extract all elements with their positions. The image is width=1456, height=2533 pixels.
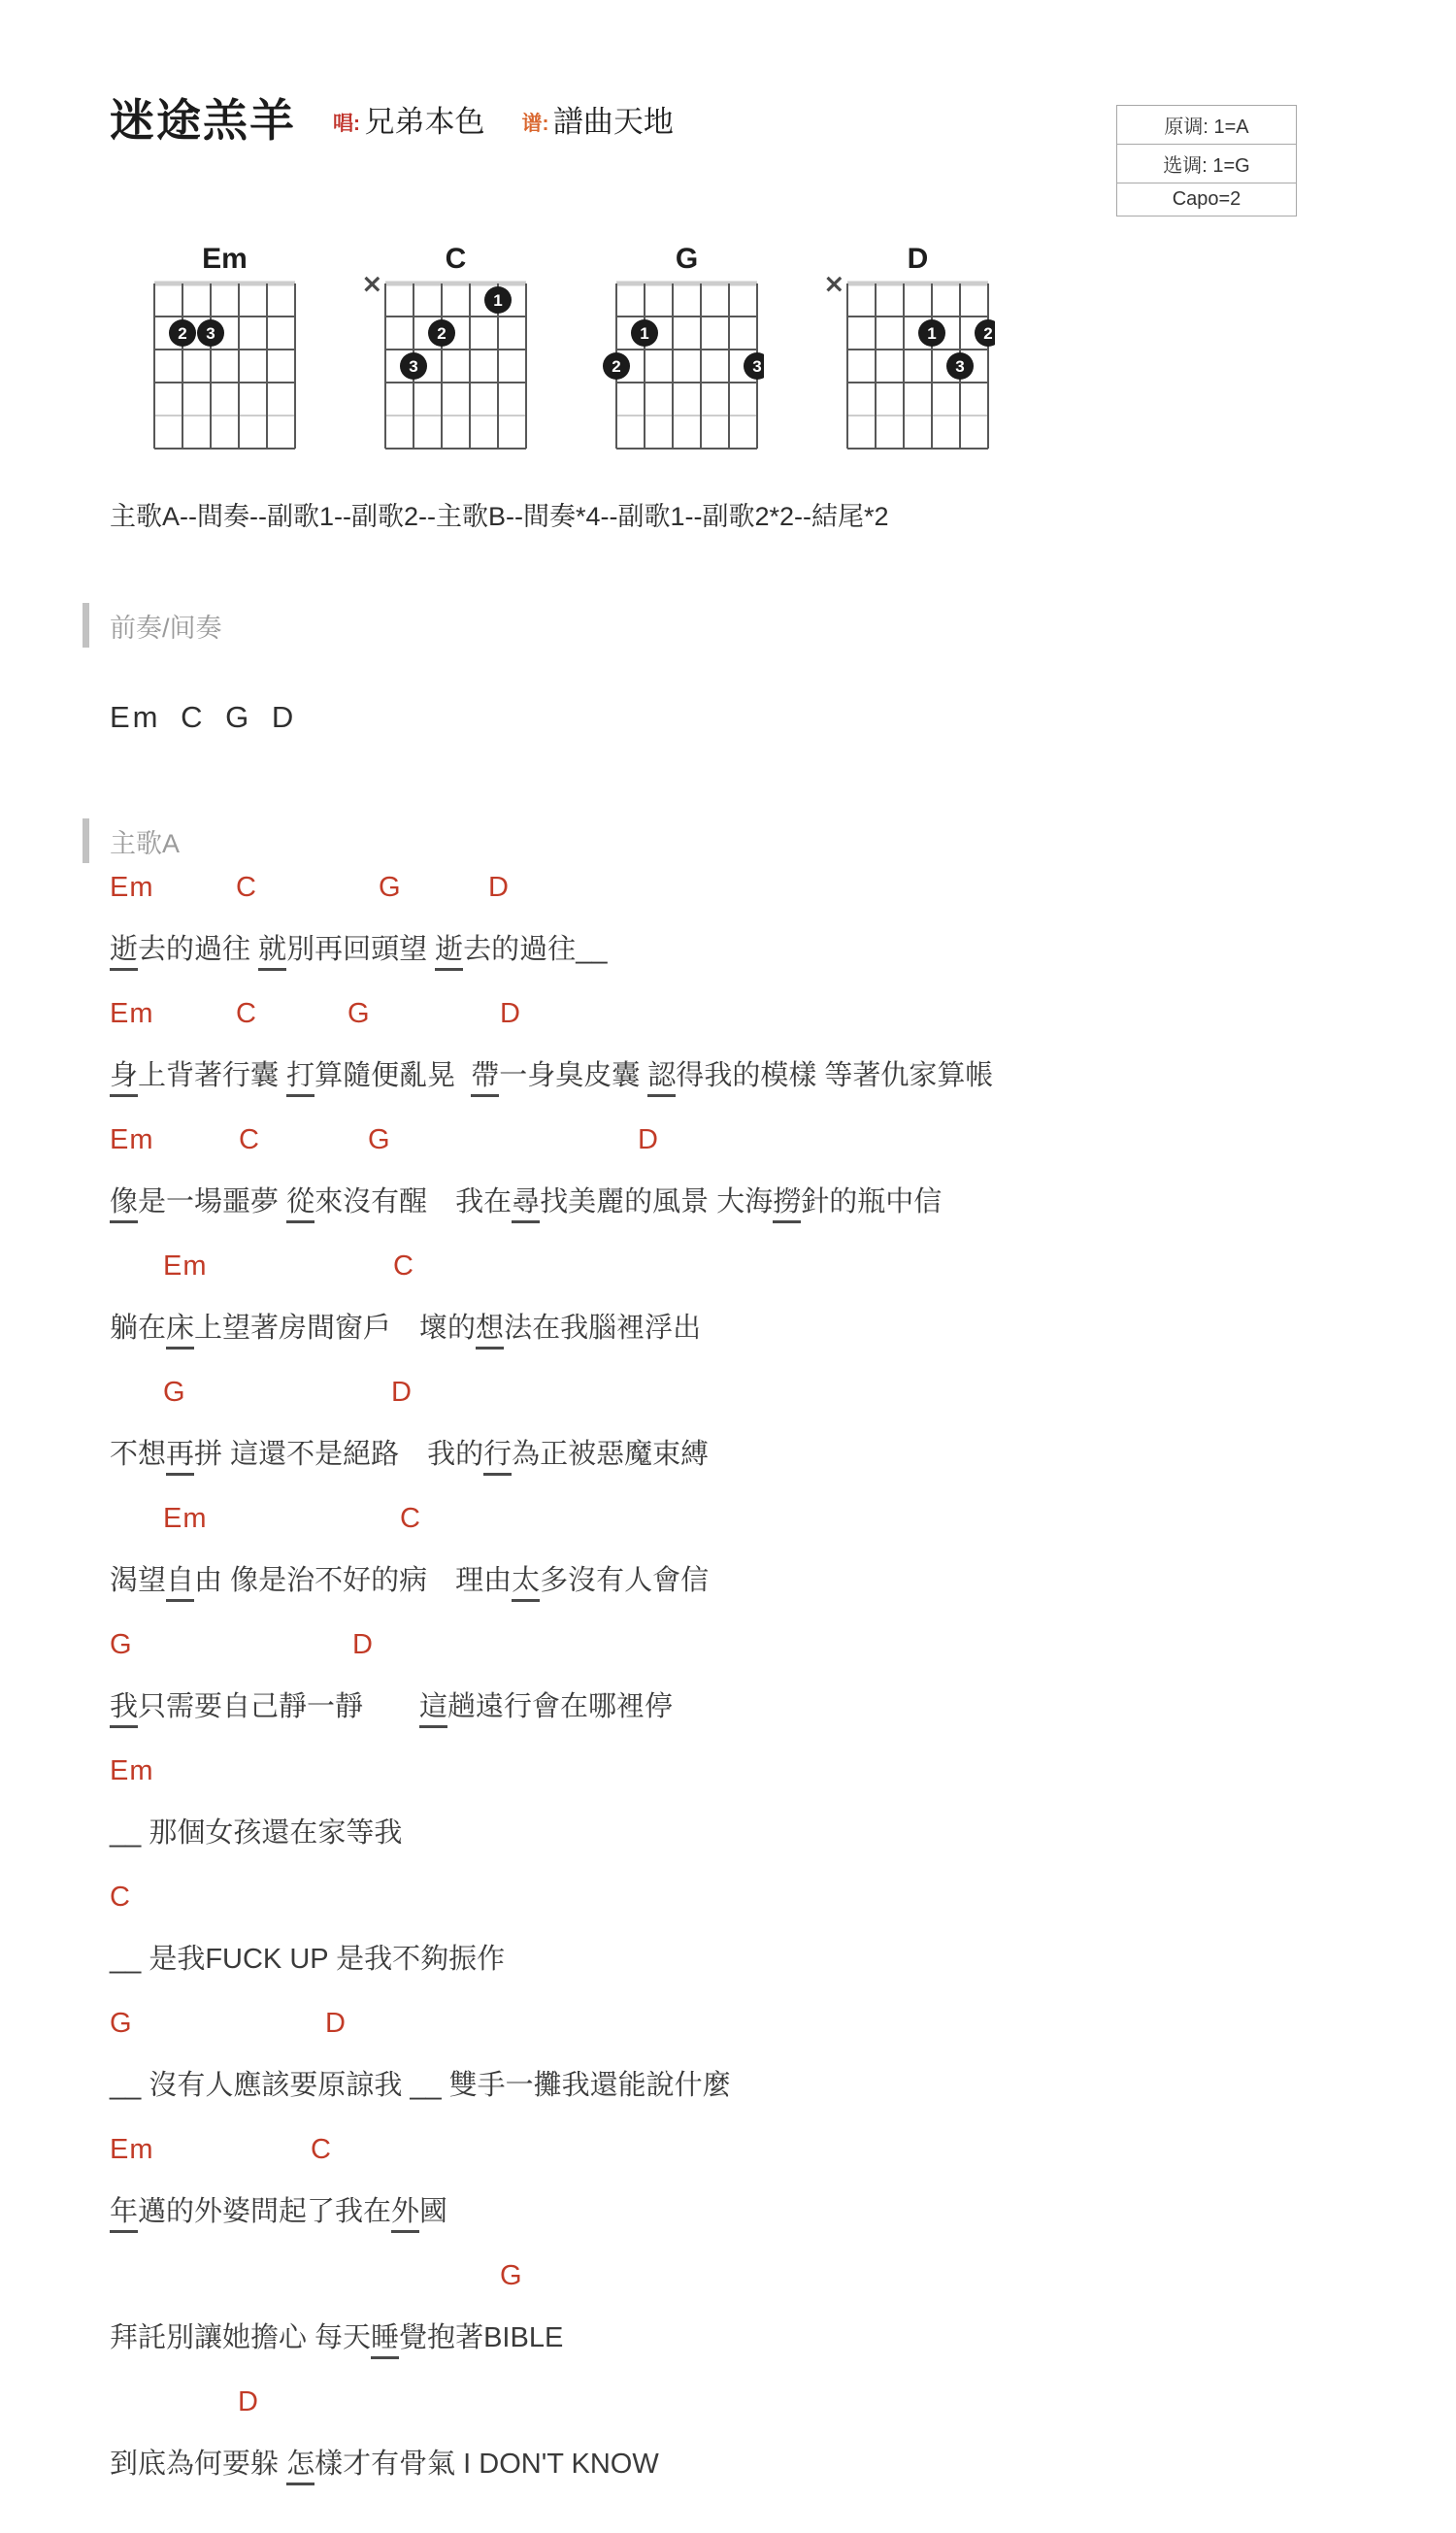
chord-diagram-title: D: [908, 243, 929, 275]
chord-row: G: [110, 2255, 1398, 2292]
chord-row: EmC: [110, 1246, 1398, 1283]
finger-number: 1: [927, 324, 936, 343]
lyric-segment: 針的瓶中信: [801, 1186, 942, 1217]
muted-string-marker: ×: [823, 269, 845, 299]
lyric-segment: 到底為何要躲: [110, 2449, 286, 2480]
lyric-segment: 樣才有骨氣 I DON'T KNOW: [314, 2449, 659, 2480]
finger-number: 2: [437, 324, 446, 343]
lyric-underlined: 怎: [286, 2449, 314, 2485]
lyric-segment: 只需要自己靜一靜: [138, 1691, 419, 1722]
lyric-segment: 邁的外婆問起了我在: [138, 2196, 391, 2227]
lyric-segment: 去的過往: [138, 934, 258, 965]
lyric-underlined: 就: [258, 934, 286, 971]
lyric-segment: __ 沒有人應該要原諒我 __ 雙手一攤我還能說什麼: [110, 2070, 731, 2101]
lyric-row: __ 是我FUCK UP 是我不夠振作: [110, 1937, 1398, 1976]
chord-label: D: [325, 2008, 347, 2040]
chord-label: Em: [110, 1755, 154, 1787]
structure-line: 主歌A--間奏--副歌1--副歌2--主歌B--間奏*4--副歌1--副歌2*2…: [110, 495, 1398, 533]
lyric-underlined: 睡: [371, 2322, 399, 2359]
lyric-underlined: 像: [110, 1186, 138, 1223]
chord-label: Em: [110, 998, 154, 1030]
finger-number: 3: [955, 357, 964, 376]
chord-label: G: [163, 1377, 186, 1409]
singer-name: 兄弟本色: [364, 105, 484, 139]
lyric-segment: 為正被惡魔束縛: [512, 1439, 709, 1470]
lyric-segment: __ 那個女孩還在家等我: [110, 1817, 402, 1849]
chord-label: C: [236, 872, 257, 904]
chord-label: D: [391, 1377, 413, 1409]
chord-row: EmCGD: [110, 1119, 1398, 1156]
section-header-bar: [83, 818, 89, 863]
finger-number: 2: [612, 357, 620, 376]
chord-diagram: D×123: [822, 241, 995, 460]
lyric-segment: 由 像是治不好的病 理由: [194, 1565, 512, 1596]
song-title: 迷途羔羊: [110, 95, 296, 146]
lyric-segment: 覺抱著BIBLE: [399, 2322, 563, 2353]
lyric-row: 逝去的過往 就別再回頭望 逝去的過往__: [110, 927, 1398, 966]
lyric-row: 不想再拼 這還不是絕路 我的行為正被惡魔束縛: [110, 1432, 1398, 1471]
lyric-segment: 躺在: [110, 1313, 166, 1344]
chord-diagram: Em23: [129, 241, 302, 460]
lyric-underlined: 從: [286, 1186, 314, 1223]
lyric-row: 到底為何要躲 怎樣才有骨氣 I DON'T KNOW: [110, 2442, 1398, 2481]
chord-row: D: [110, 2382, 1398, 2418]
line-block: GD我只需要自己靜一靜 這趟遠行會在哪裡停: [110, 1624, 1398, 1723]
finger-number: 1: [493, 291, 502, 310]
section-header-intro: 前奏/间奏: [83, 603, 1398, 648]
finger-number: 3: [206, 324, 215, 343]
lyric-row: __ 沒有人應該要原諒我 __ 雙手一攤我還能說什麼: [110, 2063, 1398, 2102]
lyric-row: 像是一場噩夢 從來沒有醒 我在尋找美麗的風景 大海撈針的瓶中信: [110, 1180, 1398, 1218]
line-block: EmCGD像是一場噩夢 從來沒有醒 我在尋找美麗的風景 大海撈針的瓶中信: [110, 1119, 1398, 1218]
key-info-box: 原调: 1=A 选调: 1=G Capo=2: [1116, 105, 1297, 217]
section-header-verse-a: 主歌A: [83, 818, 1398, 863]
lyric-underlined: 認: [647, 1060, 676, 1097]
line-block: GD不想再拼 這還不是絕路 我的行為正被惡魔束縛: [110, 1372, 1398, 1471]
lyric-underlined: 我: [110, 1691, 138, 1728]
chord-label: G: [368, 1124, 391, 1156]
lyric-row: 渴望自由 像是治不好的病 理由太多沒有人會信: [110, 1558, 1398, 1597]
chord-label: G: [347, 998, 371, 1030]
lyric-segment: 國: [419, 2196, 447, 2227]
chord-label: D: [500, 998, 521, 1030]
chord-label: C: [239, 1124, 260, 1156]
lyric-underlined: 逝: [435, 934, 463, 971]
chord-label: G: [500, 2260, 523, 2292]
key-original: 原调: 1=A: [1117, 106, 1296, 145]
finger-number: 2: [983, 324, 992, 343]
line-block: EmCGD逝去的過往 就別再回頭望 逝去的過往__: [110, 867, 1398, 966]
lyric-segment: 上背著行囊: [138, 1060, 286, 1091]
chord-label: C: [400, 1503, 421, 1535]
line-block: G拜託別讓她擔心 每天睡覺抱著BIBLE: [110, 2255, 1398, 2354]
lyric-row: 拜託別讓她擔心 每天睡覺抱著BIBLE: [110, 2316, 1398, 2354]
chord-label: D: [638, 1124, 659, 1156]
lyric-underlined: 尋: [512, 1186, 540, 1223]
finger-number: 1: [640, 324, 648, 343]
chord-label: Em: [163, 1250, 208, 1283]
chord-label: Em: [110, 1124, 154, 1156]
arranger-name: 譜曲天地: [553, 105, 674, 139]
lyric-segment: 別再回頭望: [286, 934, 435, 965]
chord-row: Em: [110, 1750, 1398, 1787]
finger-number: 3: [409, 357, 417, 376]
lyric-lines: EmCGD逝去的過往 就別再回頭望 逝去的過往__EmCGD身上背著行囊 打算隨…: [110, 867, 1398, 2481]
line-block: GD__ 沒有人應該要原諒我 __ 雙手一攤我還能說什麼: [110, 2003, 1398, 2102]
chord-row: EmC: [110, 2129, 1398, 2166]
chord-label: C: [393, 1250, 414, 1283]
chord-row: GD: [110, 1624, 1398, 1661]
lyric-underlined: 年: [110, 2196, 138, 2233]
chord-label: C: [110, 1882, 131, 1914]
lyric-segment: 不想: [110, 1439, 166, 1470]
lyric-row: 我只需要自己靜一靜 這趟遠行會在哪裡停: [110, 1684, 1398, 1723]
chord-label: D: [238, 2386, 259, 2418]
lyric-segment: 多沒有人會信: [540, 1565, 709, 1596]
lyric-segment: 上望著房間窗戶 壞的: [194, 1313, 476, 1344]
lyric-segment: 拼 這還不是絕路 我的: [194, 1439, 483, 1470]
chord-diagram-title: G: [676, 243, 698, 275]
chord-label: C: [236, 998, 257, 1030]
section-header-label: 前奏/间奏: [110, 607, 222, 645]
lyric-underlined: 床: [166, 1313, 194, 1350]
lyric-underlined: 行: [483, 1439, 512, 1476]
lyric-underlined: 太: [512, 1565, 540, 1602]
chord-diagram: C×123: [360, 241, 533, 460]
line-block: EmC躺在床上望著房間窗戶 壞的想法在我腦裡浮出: [110, 1246, 1398, 1345]
section-header-bar: [83, 603, 89, 648]
lyric-segment: __ 是我FUCK UP 是我不夠振作: [110, 1944, 505, 1975]
lyric-segment: 渴望: [110, 1565, 166, 1596]
chord-diagram: G123: [591, 241, 764, 460]
singer-label: 唱:: [333, 113, 360, 135]
key-capo: Capo=2: [1117, 183, 1296, 216]
lyric-segment: 找美麗的風景 大海: [540, 1186, 773, 1217]
lyric-underlined: 外: [391, 2196, 419, 2233]
lyric-segment: 法在我腦裡浮出: [504, 1313, 701, 1344]
lyric-underlined: 帶: [471, 1060, 499, 1097]
lyric-row: __ 那個女孩還在家等我: [110, 1811, 1398, 1850]
lyric-segment: 一身臭皮囊: [499, 1060, 647, 1091]
chord-label: D: [352, 1629, 374, 1661]
lyric-segment: 來沒有醒 我在: [314, 1186, 512, 1217]
lyric-segment: 算隨便亂晃: [314, 1060, 471, 1091]
lyric-underlined: 撈: [773, 1186, 801, 1223]
line-block: C__ 是我FUCK UP 是我不夠振作: [110, 1877, 1398, 1976]
chord-sheet-page: 迷途羔羊唱: 兄弟本色谱: 譜曲天地 Em23C×123G123D×123 主歌…: [0, 0, 1456, 2533]
arranger-label: 谱:: [521, 113, 548, 135]
chord-row: EmCGD: [110, 993, 1398, 1030]
lyric-segment: 得我的模樣 等著仇家算帳: [676, 1060, 993, 1091]
lyric-row: 年邁的外婆問起了我在外國: [110, 2189, 1398, 2228]
lyric-row: 身上背著行囊 打算隨便亂晃 帶一身臭皮囊 認得我的模樣 等著仇家算帳: [110, 1053, 1398, 1092]
lyric-segment: 是一場噩夢: [138, 1186, 286, 1217]
lyric-underlined: 再: [166, 1439, 194, 1476]
lyric-underlined: 自: [166, 1565, 194, 1602]
chord-row: GD: [110, 2003, 1398, 2040]
lyric-row: 躺在床上望著房間窗戶 壞的想法在我腦裡浮出: [110, 1306, 1398, 1345]
chord-diagrams: Em23C×123G123D×123: [129, 241, 1398, 460]
chord-label: C: [311, 2134, 332, 2166]
chord-label: Em: [110, 872, 154, 904]
lyric-underlined: 身: [110, 1060, 138, 1097]
lyric-underlined: 這: [419, 1691, 447, 1728]
section-header-label: 主歌A: [110, 822, 180, 860]
chord-label: Em: [110, 2134, 154, 2166]
line-block: EmC渴望自由 像是治不好的病 理由太多沒有人會信: [110, 1498, 1398, 1597]
chord-row: GD: [110, 1372, 1398, 1409]
chord-row: EmCGD: [110, 867, 1398, 904]
finger-number: 2: [178, 324, 186, 343]
lyric-underlined: 逝: [110, 934, 138, 971]
finger-number: 3: [752, 357, 761, 376]
chord-label: Em: [163, 1503, 208, 1535]
chord-row: C: [110, 1877, 1398, 1914]
chord-label: D: [488, 872, 510, 904]
lyric-underlined: 想: [476, 1313, 504, 1350]
singer-meta: 唱: 兄弟本色: [333, 123, 484, 140]
lyric-underlined: 打: [286, 1060, 314, 1097]
line-block: D到底為何要躲 怎樣才有骨氣 I DON'T KNOW: [110, 2382, 1398, 2481]
lyric-segment: 趟遠行會在哪裡停: [447, 1691, 673, 1722]
chord-diagram-title: Em: [202, 243, 248, 275]
chord-label: G: [110, 2008, 133, 2040]
lyric-segment: 去的過往: [463, 934, 576, 965]
muted-string-marker: ×: [361, 269, 383, 299]
chord-label: G: [110, 1629, 133, 1661]
chord-diagram-title: C: [446, 243, 467, 275]
intro-chord-line: Em C G D: [110, 700, 1398, 735]
line-block: EmC年邁的外婆問起了我在外國: [110, 2129, 1398, 2228]
line-block: Em__ 那個女孩還在家等我: [110, 1750, 1398, 1850]
lyric-segment: __: [576, 934, 607, 965]
key-selected: 选调: 1=G: [1117, 145, 1296, 183]
arranger-meta: 谱: 譜曲天地: [521, 123, 673, 140]
chord-label: G: [379, 872, 402, 904]
line-block: EmCGD身上背著行囊 打算隨便亂晃 帶一身臭皮囊 認得我的模樣 等著仇家算帳: [110, 993, 1398, 1092]
chord-row: EmC: [110, 1498, 1398, 1535]
lyric-segment: 拜託別讓她擔心 每天: [110, 2322, 371, 2353]
